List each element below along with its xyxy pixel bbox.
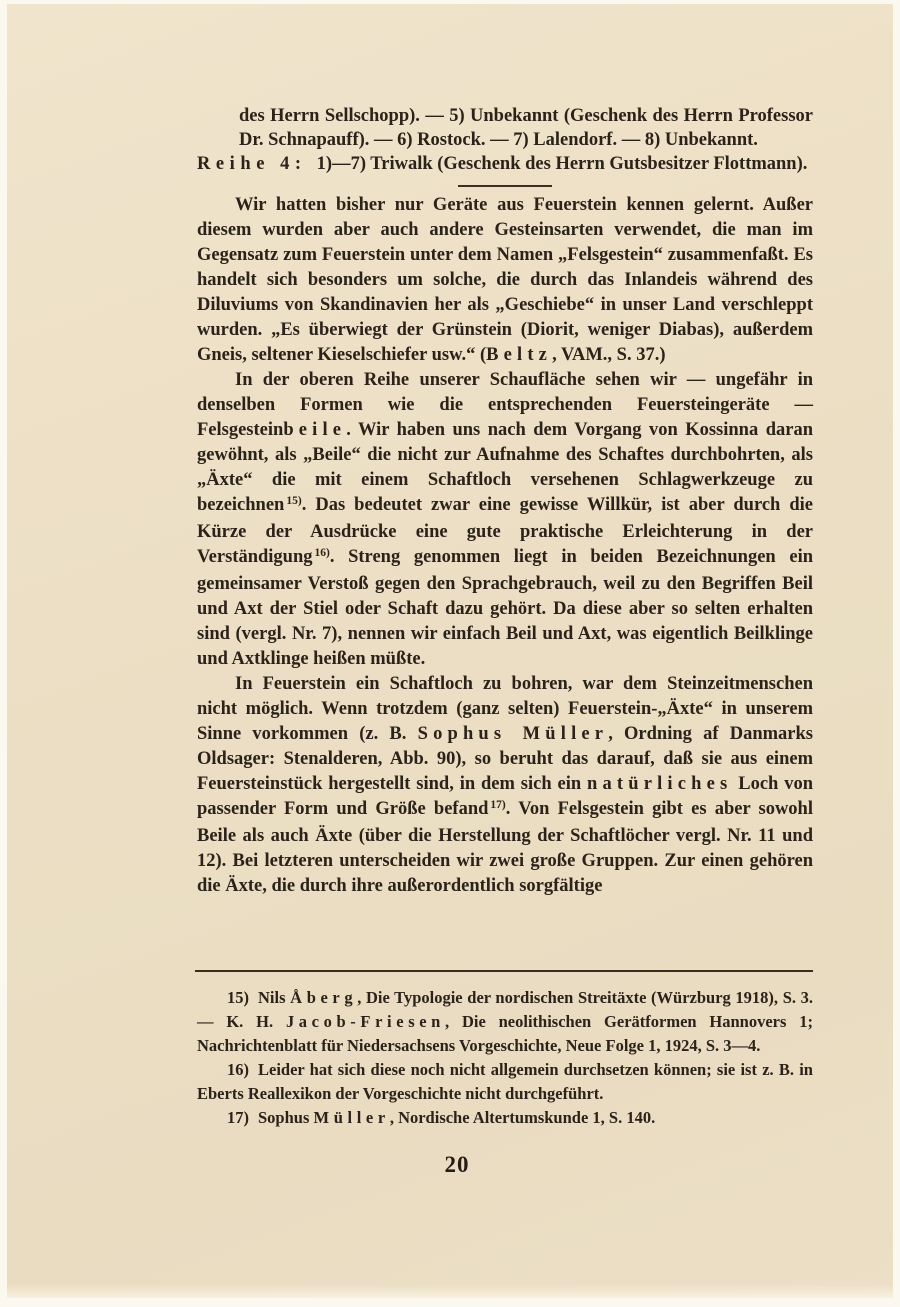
text-run: 1)—7) Triwalk (Geschenk des Herrn Gutsbe… <box>317 154 808 174</box>
footnote-16: 16)Leider hat sich diese noch nicht allg… <box>197 1058 813 1106</box>
page-number: 20 <box>7 1152 900 1178</box>
footnote-text: Sophus Müller, Nordische Altertumskunde … <box>258 1108 655 1127</box>
body-paragraph-2: In der oberen Reihe unserer Schaufläche … <box>197 368 813 672</box>
letterspaced-name: Åberg <box>290 988 357 1007</box>
footnote-15: 15)Nils Åberg, Die Typologie der nordisc… <box>197 986 813 1058</box>
footnote-text: Leider hat sich diese noch nicht allgeme… <box>197 1060 813 1103</box>
footnote-reference: 17) <box>490 799 505 811</box>
text-run: Wir hatten bisher nur Geräte aus Feuerst… <box>197 195 813 365</box>
text-run: Nils <box>258 988 290 1007</box>
body-text: Wir hatten bisher nur Geräte aus Feuerst… <box>197 193 813 899</box>
text-run: , VAM., S. 37.) <box>552 345 665 365</box>
footnote-reference: 16) <box>315 547 330 559</box>
catalog-entry-reihe-4: Reihe 4:1)—7) Triwalk (Geschenk des Herr… <box>197 152 813 176</box>
footnote-reference: 15) <box>286 495 301 507</box>
text-run: Leider hat sich diese noch nicht allgeme… <box>197 1060 813 1103</box>
letterspaced-name: beile <box>283 420 346 440</box>
letterspaced-name: Beltz <box>486 345 552 365</box>
text-column: des Herrn Sellschopp). — 5) Unbekannt (G… <box>197 104 813 899</box>
catalog-continuation-entry: des Herrn Sellschopp). — 5) Unbekannt (G… <box>239 104 813 152</box>
footnotes-block: 15)Nils Åberg, Die Typologie der nordisc… <box>197 986 813 1130</box>
letterspaced-name: Müller <box>314 1108 390 1127</box>
text-run: Sophus <box>258 1108 314 1127</box>
footnote-text: Nils Åberg, Die Typologie der nordischen… <box>197 988 813 1055</box>
section-divider <box>458 185 552 187</box>
text-run: , Nordische Altertumskunde 1, S. 140. <box>390 1108 655 1127</box>
scanned-page: des Herrn Sellschopp). — 5) Unbekannt (G… <box>7 4 893 1298</box>
footnote-divider <box>195 970 813 972</box>
catalog-entry-text: 1)—7) Triwalk (Geschenk des Herrn Gutsbe… <box>317 154 808 174</box>
letterspaced-name: Jacob-Friesen <box>286 1012 445 1031</box>
footnote-marker: 16) <box>227 1060 249 1079</box>
footnote-17: 17)Sophus Müller, Nordische Altertumskun… <box>197 1106 813 1130</box>
body-paragraph-3: In Feuerstein ein Schaftloch zu bohren, … <box>197 672 813 899</box>
letterspaced-name: Sophus Müller <box>418 724 609 744</box>
series-label: Reihe 4: <box>197 154 307 174</box>
footnote-marker: 15) <box>227 988 249 1007</box>
catalog-list: des Herrn Sellschopp). — 5) Unbekannt (G… <box>197 104 813 176</box>
footnote-marker: 17) <box>227 1108 249 1127</box>
text-run: des Herrn Sellschopp). — 5) Unbekannt (G… <box>239 106 813 150</box>
letterspaced-name: natürliches <box>587 774 732 794</box>
body-paragraph-1: Wir hatten bisher nur Geräte aus Feuerst… <box>197 193 813 368</box>
